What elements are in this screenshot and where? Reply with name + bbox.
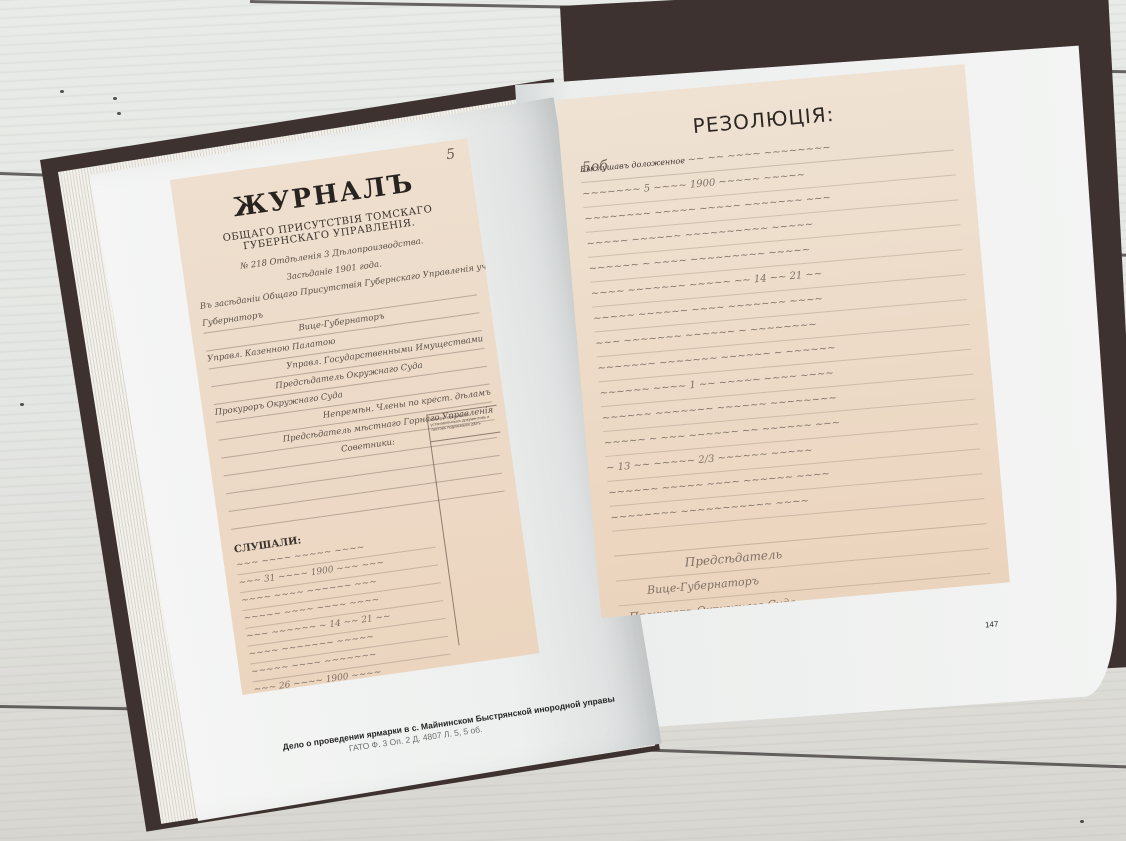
wood-knot — [113, 97, 117, 100]
plank-gap — [630, 748, 1126, 768]
page-number: 147 — [985, 620, 999, 630]
wood-knot — [1080, 820, 1084, 823]
wood-knot — [117, 112, 121, 115]
folio-mark: 5об — [581, 158, 608, 176]
heard-section: СЛУШАЛИ: ~~~ ~~~~ ~~~~~ ~~~~ ~~~ 31 ~~~~… — [233, 512, 464, 695]
resolution-document: 5об РЕЗОЛЮЦІЯ: Выслушавъ доложенное ~~ ~… — [556, 64, 1010, 618]
resolution-body: Выслушавъ доложенное ~~ ~~ ~~~~ ~~~~~~~~… — [561, 124, 1010, 618]
wood-knot — [20, 403, 24, 406]
plank-gap — [0, 705, 140, 710]
wood-knot — [60, 90, 64, 93]
folio-mark: 5 — [445, 146, 456, 163]
